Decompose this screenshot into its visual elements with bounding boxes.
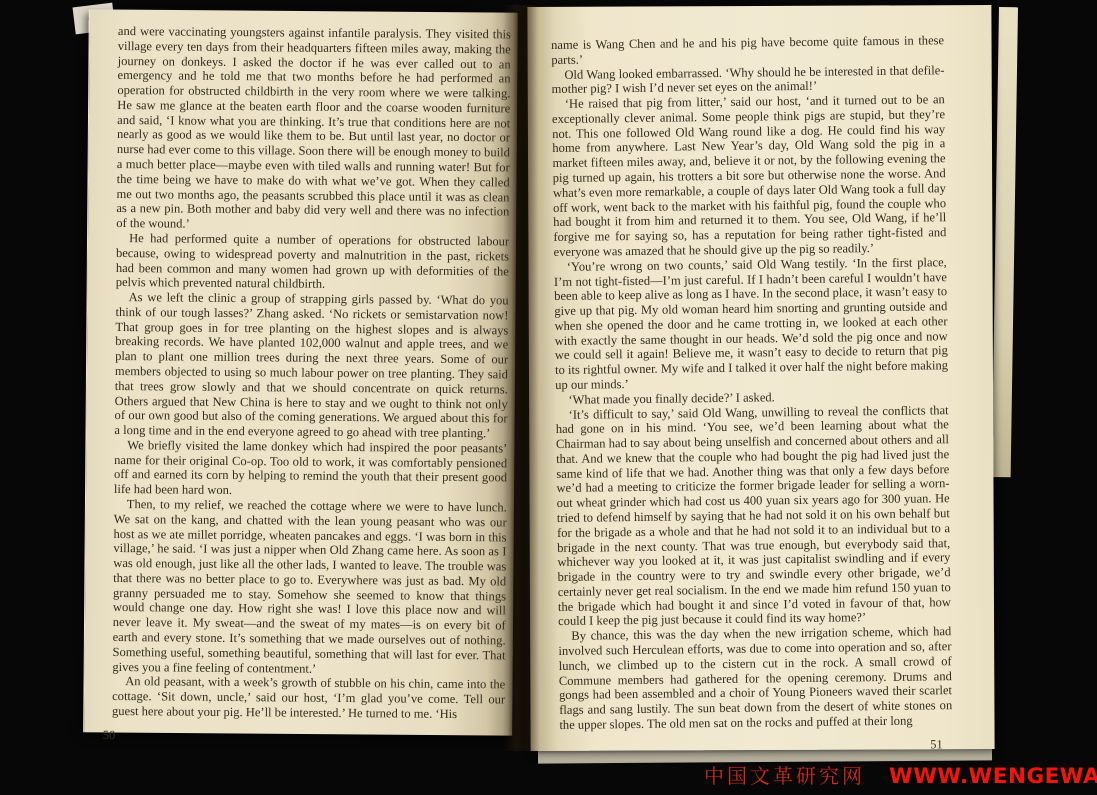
page-edge-right	[992, 7, 1018, 477]
paragraph: and were vaccinating youngsters against …	[116, 24, 511, 234]
page-number-left: 50	[103, 728, 505, 746]
paragraph: Old Wang looked embarrassed. ‘Why should…	[551, 63, 944, 97]
paragraph: ‘It’s difficult to say,’ said Old Wang, …	[556, 403, 952, 630]
paragraph: We briefly visited the lame donkey which…	[114, 438, 508, 501]
paragraph: An old peasant, with a week’s growth of …	[112, 674, 505, 722]
left-page-text: and were vaccinating youngsters against …	[112, 24, 511, 746]
paragraph: name is Wang Chen and he and his pig hav…	[551, 33, 944, 67]
book-spread: and were vaccinating youngsters against …	[0, 0, 1097, 795]
watermark-chinese-text: 中国文革研究网	[704, 760, 865, 789]
paragraph: By chance, this was the day when the new…	[558, 624, 952, 732]
paragraph: He had performed quite a number of opera…	[116, 231, 510, 294]
watermark: 中国文革研究网 WWW.WENGEWANG.ORG	[704, 760, 1097, 789]
paragraph: ‘You’re wrong on two counts,’ said Old W…	[554, 255, 949, 393]
right-page-text: name is Wang Chen and he and his pig hav…	[551, 33, 953, 756]
watermark-url-text: WWW.WENGEWANG.ORG	[889, 764, 1097, 789]
paragraph: As we left the clinic a group of strappi…	[114, 290, 508, 441]
paragraph: ‘He raised that pig from litter,’ said o…	[552, 92, 947, 259]
paragraph: Then, to my relief, we reached the cotta…	[112, 497, 507, 678]
